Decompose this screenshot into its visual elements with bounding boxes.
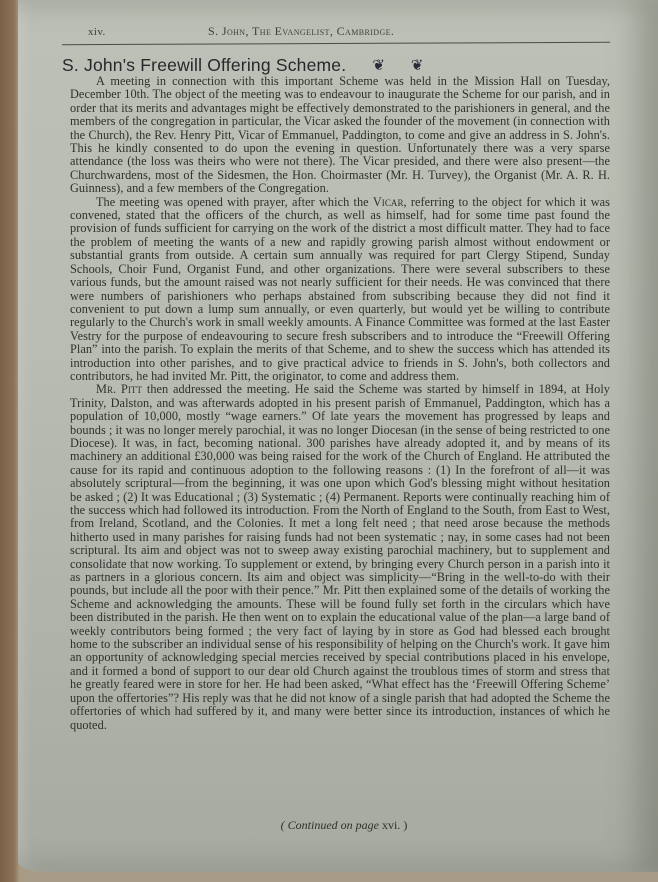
page-number: xiv.	[88, 26, 208, 38]
paragraph: The meeting was opened with prayer, afte…	[70, 196, 610, 384]
smallcaps-name: Mr. Pitt	[96, 382, 142, 396]
continued-note: ( Continued on page xvi. )	[0, 818, 658, 833]
continued-page: xvi. )	[379, 818, 407, 832]
page-header: xiv. S. John, The Evangelist, Cambridge.	[88, 24, 608, 39]
paragraph-text: , referring to the object for which it w…	[70, 195, 610, 383]
paragraph: Mr. Pitt then addressed the meeting. He …	[70, 383, 610, 732]
article-title: S. John's Freewill Offering Scheme.	[62, 55, 346, 76]
running-head: S. John, The Evangelist, Cambridge.	[208, 24, 394, 39]
article-body: A meeting in connection with this import…	[70, 75, 610, 732]
fleuron-ornament-icon: ❦	[372, 56, 385, 75]
fleuron-ornament-icon: ❦	[411, 56, 424, 75]
continued-label: ( Continued on page	[281, 818, 379, 832]
paragraph-text: then addressed the meeting. He said the …	[70, 382, 610, 731]
paragraph-text: A meeting in connection with this import…	[70, 74, 610, 195]
article-title-row: S. John's Freewill Offering Scheme. ❦ ❦	[62, 55, 622, 76]
paragraph-lead: The meeting was opened with prayer, afte…	[96, 195, 373, 209]
paragraph: A meeting in connection with this import…	[70, 75, 610, 196]
smallcaps-name: Vicar	[373, 195, 404, 209]
